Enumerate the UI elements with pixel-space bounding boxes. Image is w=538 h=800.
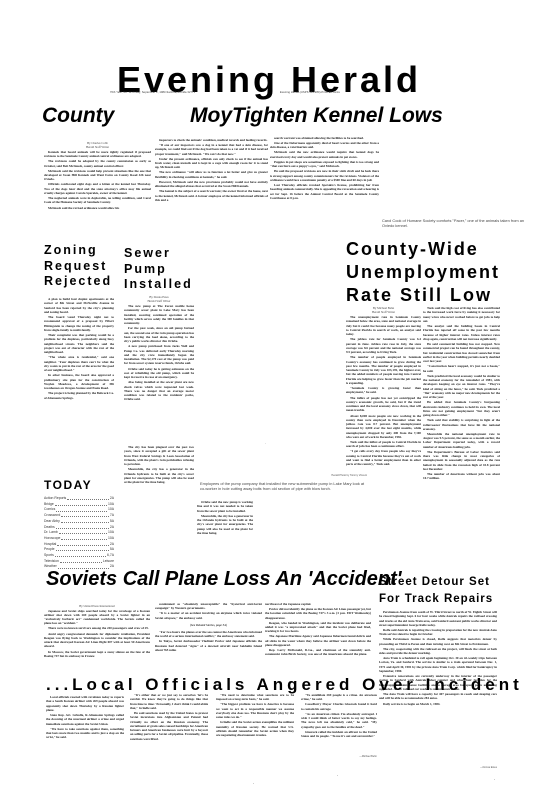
sewer-story-col1: By Donna Estes Herald Staff Writer The n… [124,295,194,446]
page-speck: ' [253,782,254,787]
paragraph: Auto Train is scheduled to roll again be… [379,656,497,673]
paragraph: Rep. Larry McDonald, D-Ga., and chairman… [265,648,371,657]
headline-line: Installed [124,277,194,293]
paragraph: The project is being planned by the Babc… [44,391,114,400]
paragraph: In other business, the board also approv… [44,373,114,390]
pump-photo-caption: Employees of the pump company that insta… [200,481,368,492]
paragraph: He said commercial building has not stop… [423,342,500,363]
headline-line: County-Wide [346,238,538,261]
paragraph: The analyst said the building boom in Ce… [423,324,500,341]
dateline-left: 76th Year, No. 12-Friday, September 2, 1… [110,91,195,94]
paragraph: The influx of people has not yet outstri… [346,396,421,413]
paragraph: Kennels that board animals will be more … [44,150,151,159]
paragraph: Glasrock called the incident an affront … [301,730,377,739]
kennel-photo [382,136,532,216]
paragraph: "We have to take sanctions against them,… [46,727,124,740]
pump-photo [197,300,367,468]
paragraph: While Persimmon Avenue is closed, Rolfe … [379,637,497,646]
paragraph: "As an American citizen I'm absolutely o… [301,712,377,729]
paragraph: In Moscow, the Soviet government kept a … [44,650,150,659]
sewer-story-col1-cont: The city has been plagued over the past … [124,445,194,560]
paragraph: Under the present ordinance, officials c… [155,157,268,170]
soviet-story-col1: By United Press International Japanese a… [44,604,150,669]
paragraph: A plan to build four duplex apartments a… [44,297,114,314]
page-speck: ' [494,778,495,783]
headline-line: Rate Still Low [346,284,538,307]
kennel-story-col3: search warrant was obtained allowing the… [270,136,379,228]
kennel-story-col1: By Charles Cobb Herald Staff Writer Kenn… [44,141,151,226]
paragraph: About 8,000 more people are now working … [346,414,421,440]
paragraph: The neglected animals were in deplorable… [44,196,151,205]
paragraph: The new ordinance "will allow us to func… [155,170,268,179]
photo-speck: ’ [506,398,507,403]
zoning-story-body: A plan to build four duplex apartments a… [44,297,114,475]
paragraph: "We need to determine what sanctions are… [216,693,294,702]
paragraph: Japanese and Soviet ships searched today… [44,609,150,626]
local-story-col1: Local officials reacted with revulsion t… [46,695,124,755]
paragraph: The board voted Thursday night not to re… [44,315,114,332]
local-story-col2: "It's either that or we just say to ours… [130,693,208,766]
kennel-headline-right: MoyTighten Kennel Lows [190,104,443,128]
paragraph: Officials confiscated eight dogs and a k… [44,182,151,195]
paragraph: Local officials reacted with revulsion t… [46,695,124,712]
byline: By United Press International [44,604,150,608]
paragraph: In Tokyo, Soviet Ambassador Vladimir Pav… [155,639,262,652]
headline-line: Street Detour Set [379,574,537,591]
paragraph: The Department's Bureau of Labor Statist… [423,450,500,471]
paragraph: The new pump at The Forest mobile home c… [124,304,194,325]
paragraph: search warrant was obtained allowing the… [270,136,379,140]
detour-credit: —Donna Estes [379,766,497,769]
paragraph: "If one of our inspectors saw a dog in a… [155,143,268,156]
local-story-col3: "We need to determine what sanctions are… [216,693,294,755]
paragraph: "I get calls every day from people who s… [346,449,421,466]
headline-line: Zoning [44,243,134,259]
soviet-story-col2: condemned as "absolutely unacceptable" t… [155,602,262,666]
paragraph: Meanwhile, the city has a generator in t… [197,514,253,535]
paragraph: "Construction hasn't stopped, it's just … [423,364,500,373]
soviet-story-col3: northwest of the Japanese capital. Pavlo… [265,602,371,666]
paragraph: Puppies in pet shops are sometimes expos… [270,160,379,169]
paragraph: He said the proposed revisions are now i… [270,169,379,182]
paragraph: Casselberry Mayor Charles Glasrock found… [301,702,377,711]
photo-speck: · [265,441,266,446]
paragraph: northwest of the Japanese capital. [265,602,371,606]
zoning-headline: Zoning Request Rejected [44,243,134,290]
local-credit: —Michael Behn [301,755,377,758]
paragraph: He said sanctions used by the United Sta… [130,711,208,741]
paragraph: "It's either that or we just say to ours… [130,693,208,710]
sewer-headline: Sewer Pump Installed [124,246,194,293]
paragraph: Their complaint was that parking would b… [44,333,114,354]
today-index-title: TODAY [44,478,92,492]
paragraph: Meanwhile, the city has a generator in t… [124,467,194,484]
byline-role: Herald Staff Writer [44,145,151,149]
pump-photo-credit: Herald Photo by Tommy Vincent [197,474,367,477]
related-stories-note[interactable]: (See Related Stories, page 5A) [155,623,262,627]
kennel-story-col2: inspectors to check the animals' conditi… [155,138,268,228]
soviet-headline: Soviets Call Plane Loss An 'Accident' [46,568,402,591]
paragraph: Also being installed at the sewer plant … [124,380,194,401]
masthead-title: Evening Herald [0,62,538,98]
paragraph: For the past week, since an old pump bur… [124,326,194,343]
paragraph: Amid angry congressional demands for dip… [44,632,150,649]
paragraph: The unemployment rate in Seminole County… [346,315,421,336]
paragraph: "To annihilate 269 people is a crime. An… [301,693,377,702]
paragraph: McIntosh said the revisions would help p… [44,169,151,182]
dateline-right: Evening Herald-(USPS 481-280)-Price 25 C… [280,91,340,94]
paragraph: "Seminole County is growing faster than … [346,386,421,395]
headline-line: Sewer [124,246,194,262]
paragraph: "It is a matter of an accident involving… [155,611,262,620]
byline-role: Herald Staff Writer [346,310,421,314]
kennel-photo-caption: Carol Cook of Humane Society comforts "P… [382,218,532,228]
paragraph: Pavlov did not identify the plane as the… [265,607,371,620]
paragraph: Reagan, who landed in Washington, said t… [265,621,371,634]
headline-line: Request [44,259,134,275]
paragraph: State Rep. Art. Grindle, R-Altamonte Spr… [46,713,124,726]
paragraph: The number of Americans without jobs was… [423,472,500,481]
paragraph: The revisions could be adopted by the co… [44,159,151,168]
paragraph: However, McIntosh said the new provision… [155,180,268,189]
paragraph: Daily service is to begin on March 1, 19… [379,702,497,706]
unemployment-story-col1: By Michael Behn Herald Staff Writer The … [346,306,421,561]
paragraph: Rolfe said Amtrak is repairing the cross… [379,628,497,637]
unemployment-headline: County-Wide Unemployment Rate Still Low [346,238,538,307]
local-headline: ...Local Officials Angered Over Incident [46,675,523,695]
paragraph: The kennel is the subject of a search wa… [155,189,268,202]
paragraph: Orlebe said today he is getting estimate… [124,367,194,380]
byline-role: Herald Staff Writer [124,299,194,303]
headline-line: Unemployment [346,261,538,284]
paragraph: "For two hours the planes over the sea c… [155,630,262,639]
paragraph: The number of people employed in Seminol… [346,355,421,385]
today-index-list: Action Reports2A Bridge10A Comics10A Cro… [44,496,114,570]
paragraph: McIntosh said the new ordinance would re… [270,150,379,159]
paragraph: One of the Dobermans apparently died of … [270,141,379,150]
headline-line: For Track Repairs [379,591,537,608]
paragraph: inspectors to check the animals' conditi… [155,138,268,142]
sewer-story-col2: Orlebe said the new pump is working fine… [197,500,253,560]
paragraph: The jobless rate for Seminole County was… [346,337,421,354]
paragraph: Orlebe said the new pump is working fine… [197,500,253,513]
local-story-col4: "To annihilate 269 people is a crime. An… [301,693,377,753]
paragraph: Tuck predicted the local economy would b… [423,374,500,400]
paragraph: Tuck said the high cost of living has al… [423,306,500,323]
headline-line: Pump [124,262,194,278]
paragraph: The city, cooperating with the railroad … [379,647,497,656]
headline-line: Rejected [44,274,134,290]
paragraph: Tuck said the influx of people to Centra… [346,440,421,449]
paragraph: The city has been plagued over the past … [124,445,194,466]
kennel-headline-left: County [42,104,114,128]
paragraph: condemned as "absolutely unacceptable" t… [155,602,262,611]
paragraph: Grindle said the Soviet action exemplifi… [216,720,294,737]
detour-headline: Street Detour Set For Track Repairs [379,574,537,608]
paragraph: Meanwhile the national unemployment rate… [423,432,500,449]
paragraph: "The whole area is residential," said on… [44,355,114,372]
paragraph: Persimmon Avenue from south of W. Third … [379,610,497,627]
paragraph: There were no known survivors among the … [44,626,150,630]
paragraph: He added that Seminole County's burgeoni… [423,400,500,417]
page-speck: ' [337,774,338,779]
paragraph: The Japanese Maritime Agency said Japane… [265,634,371,647]
paragraph: "The biggest problem we have is America … [216,702,294,719]
unemployment-story-col2: Tuck said the high cost of living has al… [423,306,500,558]
paragraph: Tuck said that stability is surprising i… [423,418,500,431]
paragraph: Last Thursday officials revoked Sperakis… [270,183,379,200]
paragraph: A new pump purchased from Jacks Well and… [124,344,194,365]
paragraph: McIntosh said the revised ordinance woul… [44,206,151,210]
